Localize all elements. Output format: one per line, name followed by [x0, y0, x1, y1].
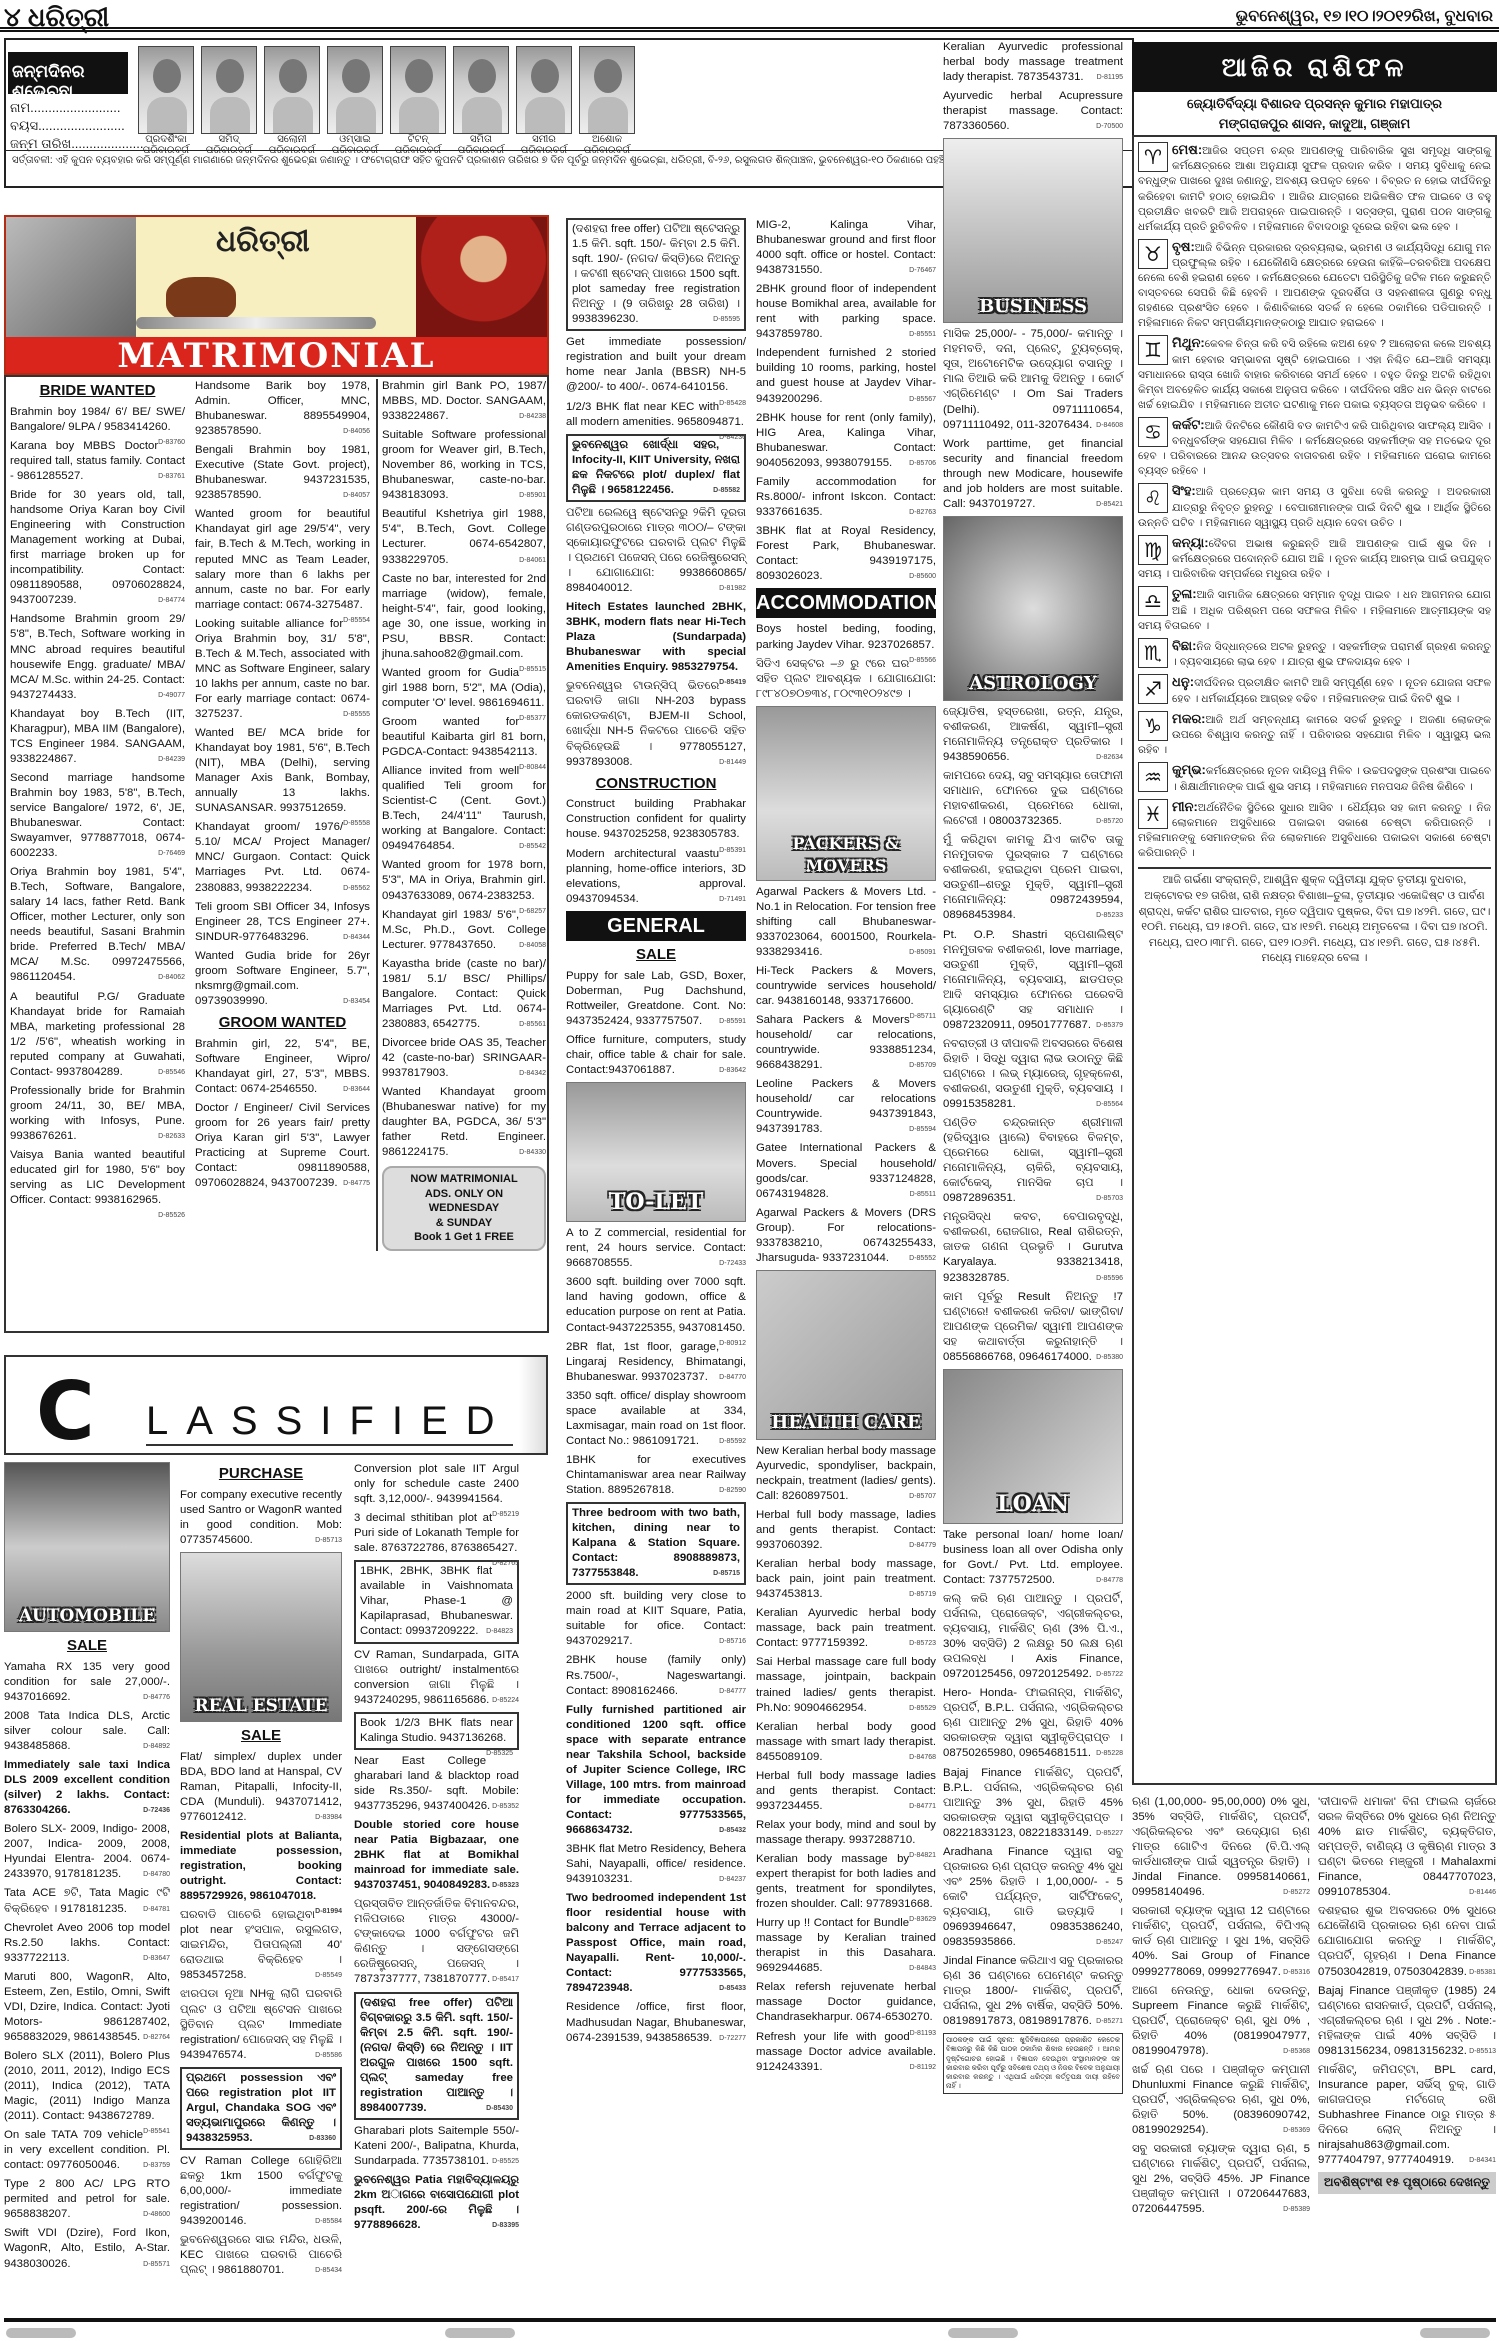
zodiac-sign: ♉ବୃଷ:ଆଜି ବିଭିନ୍ନ ପ୍ରକାରର ଦ୍ରବ୍ୟଲାଭ, ଭ୍ରମ… — [1138, 238, 1491, 332]
ad-text: Residential plots at Balianta, immediate… — [180, 1830, 342, 1902]
ad-text: A beautiful P.G/ Graduate Khandayat brid… — [10, 991, 185, 1078]
offer-line: & SUNDAY — [388, 1216, 540, 1231]
business-label: BUSINESS — [944, 295, 1122, 319]
zodiac-name: ବୃଷ: — [1172, 239, 1195, 254]
classified-ad: Khandayat groom/ 1976/ 5.10/ MCA/ Projec… — [195, 820, 370, 895]
ad-list: (ଦଶହରା free offer) ପଟିଆ ଷ୍ଟେସନ୍‌ରୁ 1.5 କ… — [566, 218, 746, 770]
ad-code: D-85567 — [909, 395, 936, 404]
classified-ad: Type 2 800 AC/ LPG RTO permited and petr… — [4, 2177, 170, 2222]
ad-code: D-84770 — [719, 1373, 746, 1382]
classified-ad: Alliance invited from well qualified Tel… — [382, 764, 546, 854]
zodiac-icon: ♎ — [1138, 586, 1168, 616]
classified-ad: Brahmin girl, 22, 5'4", BE, Software Eng… — [195, 1037, 370, 1097]
zodiac-name: କର୍କଟ: — [1172, 417, 1205, 432]
classified-ad: Professionally bride for Brahmin groom 2… — [10, 1084, 185, 1144]
classified-ad: Sai Herbal massage care full body massag… — [756, 1655, 936, 1715]
ad-code: D-85546 — [158, 1068, 185, 1077]
ad-code: D-85515 — [519, 665, 546, 674]
birthday-kid: ଓମ୍‌ସାଇପରିବାରବର୍ଗ — [327, 46, 383, 156]
ad-code: D-85352 — [492, 1802, 519, 1811]
ad-code: D-84236 — [719, 433, 746, 442]
automobile-label: AUTOMOBILE — [5, 1605, 169, 1627]
paper-name: ଧରିତ୍ରୀ — [28, 2, 109, 32]
ad-code: D-85525 — [492, 2157, 519, 2166]
classified-ad: ଭୁବନେଶ୍ୱର ଖୋର୍ଦ୍ଧା ସହର, Infocity-II, KII… — [566, 434, 746, 502]
zodiac-icon: ♐ — [1138, 674, 1168, 704]
ad-code: D-84823 — [486, 1627, 513, 1636]
ad-code: D-85381 — [1469, 1968, 1496, 1977]
birthday-kid: ପ୍ରଦର୍ଶିଂକାପରିବାରବର୍ଗ — [138, 46, 194, 156]
ad-code: D-84238 — [519, 412, 546, 421]
classified-ad: Independent furnished 2 storied building… — [756, 346, 936, 406]
healthcare-label: HEALTH CARE — [757, 1411, 935, 1435]
ad-code: D-85591 — [719, 1017, 746, 1026]
ad-text: Caste no bar, interested for 2nd marriag… — [382, 573, 546, 660]
purchase-column: PURCHASE For company executive recently … — [180, 1462, 342, 2282]
ad-code: D-85719 — [909, 1590, 936, 1599]
kid-photo — [138, 46, 194, 134]
classified-banner: C LASSIFIED — [4, 1355, 548, 1455]
ad-code: D-85594 — [909, 1125, 936, 1134]
zodiac-sign: ♋କର୍କଟ:ଆଜି ଦିନଟିରେ କୌଣସି ବଡ କାମଟିଏ କରି ପ… — [1138, 416, 1491, 480]
ad-code: D-84056 — [343, 427, 370, 436]
ad-code: D-84608 — [1096, 421, 1123, 430]
ad-code: D-85369 — [1283, 2126, 1310, 2135]
name-field: ନାମ......................... — [10, 100, 120, 116]
classified-ad: Refresh your life with good massage Doct… — [756, 2030, 936, 2075]
classified-ad: Divorcee bride OAS 35, Teacher 42 (caste… — [382, 1036, 546, 1081]
loan-image: LOAN — [943, 1369, 1123, 1524]
classified-ad: Oriya Brahmin boy 1981, 5'4", B.Tech, So… — [10, 865, 185, 985]
ad-code: D-83642 — [719, 1066, 746, 1075]
classified-ad: ମାର୍କଶିଟ୍, ଜମିପଟ୍ଟା, BPL card, Insurance… — [1318, 2063, 1496, 2168]
classified-ad: Kayastha bride (caste no bar)/ 1981/ 5.1… — [382, 957, 546, 1032]
kid-name: ଅଶୋକ — [579, 134, 635, 145]
classified-ad: New Keralian herbal body massage Ayurved… — [756, 1444, 936, 1504]
ad-code: D-85247 — [1096, 1938, 1123, 1947]
classified-ad: Sahara Packers & Movers household/ car r… — [756, 1013, 936, 1073]
classified-ad: ସରକାରୀ ବ୍ୟାଙ୍କ ଦ୍ୱାରା 12 ଘଣ୍ଟାରେ ମାର୍କଶି… — [1132, 1904, 1310, 1979]
ad-text: Bolero SLX (2011), Bolero Plus (2010, 20… — [4, 2050, 170, 2122]
classified-ad: Keralian herbal body good massage with s… — [756, 1720, 936, 1765]
ad-text: Fully furnished partitioned air conditio… — [566, 1704, 746, 1836]
ad-list: Puppy for sale Lab, GSD, Boxer, Doberman… — [566, 969, 746, 1078]
ad-code: D-84057 — [343, 491, 370, 500]
matrimonial-title: MATRIMONIAL — [6, 337, 547, 375]
zodiac-text: ଆଜିର ସପ୍ତମ ଚନ୍ଦ୍ର ଆପଣଙ୍କୁ ପାରିବାରିକ ସୁଖ … — [1138, 145, 1491, 233]
ad-code: D-84237 — [719, 1875, 746, 1884]
ad-code: D-85901 — [519, 491, 546, 500]
classified-initial: C — [36, 1365, 95, 1458]
ad-code: D-85555 — [343, 710, 370, 719]
ad-code: D-70500 — [1096, 122, 1123, 131]
ad-code: D-68257 — [519, 907, 546, 916]
ad-text: Get immediate possession/ registration a… — [566, 336, 746, 393]
classified-ad: Get immediate possession/ registration a… — [566, 335, 746, 395]
ad-code: D-81994 — [315, 1907, 342, 1916]
kid-photo — [390, 46, 446, 134]
rent-column: MIG-2, Kalinga Vihar, Bhubaneswar ground… — [756, 218, 936, 2079]
ad-code: D-85224 — [492, 1696, 519, 1705]
offer-line: WEDNESDAY — [388, 1201, 540, 1216]
ad-code: D-82634 — [1096, 753, 1123, 762]
classified-ad: Wanted Khandayat groom (Bhubaneswar nati… — [382, 1085, 546, 1160]
ad-code: D-82765 — [492, 1559, 519, 1568]
classified-ad: Two bedroomed independent 1st floor resi… — [566, 1891, 746, 1996]
zodiac-icon: ♈ — [1138, 142, 1168, 172]
classified-ad: 2BHK house (family only) Rs.7500/-, Nage… — [566, 1653, 746, 1698]
ad-code: D-84341 — [1469, 2156, 1496, 2165]
classified-ad: କାମ ପୂର୍ବରୁ Result ନିଅନ୍ତୁ !7 ଘଣ୍ଟାରେ! ବ… — [943, 1290, 1123, 1365]
classified-ad: Modern architectural vaastu planning, ho… — [566, 847, 746, 907]
ad-code: D-85586 — [315, 2051, 342, 2060]
classified-ad: Relax your body, mind and soul by massag… — [756, 1818, 936, 1848]
birthday-kid: ଟିଟନ୍ପରିବାରବର୍ଗ — [390, 46, 446, 156]
classified-ad: Keralian Ayurvedic herbal body massage, … — [756, 1606, 936, 1651]
classified-ad: Agarwal Packers & Movers (DRS Group). Fo… — [756, 1206, 936, 1266]
classified-ad: 3BHK flat at Royal Residency, Forest Par… — [756, 524, 936, 584]
classified-ad: Doctor / Engineer/ Civil Services groom … — [195, 1101, 370, 1191]
classified-ad: Swift VDI (Dzire), Ford Ikon, WagonR, Al… — [4, 2226, 170, 2271]
classified-ad: ମୁଁ କରିଥିବା କାମକୁ ଯିଏ କାଟିବ ତାକୁ ମନମୁତାବ… — [943, 833, 1123, 923]
classified-ad: ଋଣ (1,00,000- 95,00,000) 0% ସୁଧ, 35% ସବ୍… — [1132, 1795, 1310, 1900]
ad-code: D-72433 — [719, 1259, 746, 1268]
zodiac-name: ମୀନ: — [1172, 799, 1198, 814]
business-column: Keralian Ayurvedic professional herbal b… — [943, 40, 1123, 2094]
ad-code: D-84058 — [519, 941, 546, 950]
classified-ad: Construct building Prabhakar Constructio… — [566, 797, 746, 842]
ad-text: Alliance invited from well qualified Tel… — [382, 765, 546, 852]
ad-text: ପଟିଆ ରେଲୱେ ଷ୍ଟେସନରୁ ୨କିମି ଦୂରତା ଗଣ୍ଡରପୁର… — [566, 507, 746, 594]
ad-code: D-85584 — [315, 2217, 342, 2226]
kid-photo — [201, 46, 257, 134]
astrology-image: ASTROLOGY — [943, 516, 1123, 701]
general-heading: GENERAL — [566, 911, 746, 941]
zodiac-name: ମେଷ: — [1172, 142, 1202, 157]
classified-ad: (ଦଶହରା free offer) ପଟିଆ ବିଗ୍‌ବଜାରରୁ 3.5 … — [354, 1992, 519, 2120]
zodiac-text: ଆଜି ବିଭିନ୍ନ ପ୍ରକାରର ଦ୍ରବ୍ୟଲାଭ, ଭ୍ରମଣ ଓ କ… — [1138, 242, 1491, 330]
ad-list: Yamaha RX 135 very good condition for sa… — [4, 1660, 170, 2272]
zodiac-sign: ♓ମୀନ:ଅର୍ଥନୈତିକ ସ୍ଥିତିରେ ସୁଧାର ଆସିବ । ଧୈର… — [1138, 798, 1491, 862]
loan-col-right: 'ଦୀପାବଳି ଧମାକା' ବିନା ଫାଇଲ ଚାର୍ଜରେ ସରଳ କି… — [1318, 1795, 1496, 2194]
classified-ad: Yamaha RX 135 very good condition for sa… — [4, 1660, 170, 1705]
ad-code: D-81192 — [910, 2063, 936, 2072]
dharitri-logo: ଧରିତ୍ରୀ — [216, 225, 310, 259]
zodiac-icon: ♓ — [1138, 799, 1168, 829]
ad-list: New Keralian herbal body massage Ayurved… — [756, 1444, 936, 2075]
ad-code: D-84892 — [143, 1742, 170, 1751]
ad-code: D-85511 — [910, 1190, 936, 1199]
ad-list: Take personal loan/ home loan/ business … — [943, 1528, 1123, 2030]
classified-ad: 1BHK for executives Chintamaniswar area … — [566, 1453, 746, 1498]
ad-text: ଋଣ (1,00,000- 95,00,000) 0% ସୁଧ, 35% ସବ୍… — [1132, 1796, 1310, 1898]
matrimonial-col-3: Brahmin girl Bank PO, 1987/ MBBS, MD. Do… — [376, 379, 546, 1251]
healthcare-image: HEALTH CARE — [756, 1270, 936, 1440]
classified-ad: Hurry up !! Contact for Bundle massage b… — [756, 1916, 936, 1976]
matrimonial-section: BRIDE WANTED Brahmin boy 1984/ 6'/ BE/ S… — [4, 375, 549, 1333]
ad-code: D-83454 — [343, 997, 370, 1006]
classified-ad: Relax refersh rejuvenate herbal massage … — [756, 1980, 936, 2025]
astrologer-credit: ଜ୍ୟୋତିର୍ବିଦ୍ୟା ବିଶାରଦ ପ୍ରସନ୍ନ କୁମାର ମହାପ… — [1132, 94, 1497, 133]
ad-text: ପଣ୍ଡିତ ଚନ୍ଦ୍ରକାନ୍ତ ଶ୍ରୀମାଳୀ (ହରିଦ୍ୱାର ୱା… — [943, 1117, 1123, 1204]
tolet-label: TO-LET — [567, 1188, 745, 1217]
ad-list: Construct building Prabhakar Constructio… — [566, 797, 746, 906]
kid-name: ଟିଟନ୍ — [390, 134, 446, 145]
ad-code: D-82633 — [158, 1132, 185, 1141]
classified-ad: Wanted groom for beautiful Khandayat gir… — [195, 507, 370, 612]
re-sale-heading: SALE — [180, 1726, 342, 1746]
ad-code: D-85592 — [719, 1437, 746, 1446]
ad-code: D-85542 — [519, 842, 546, 851]
ad-code: D-85703 — [1096, 1194, 1123, 1203]
ad-code: D-84776 — [143, 1693, 170, 1702]
classified-ad: MIG-2, Kalinga Vihar, Bhubaneswar ground… — [756, 218, 936, 278]
ad-code: D-72436 — [143, 1806, 170, 1815]
classified-ad: Bolero SLX- 2009, Indigo- 2008, 2007, In… — [4, 1822, 170, 1882]
classified-ad: ଦଶହରାର ଶୁଭ ଅବସରରେ 0% ସୁଧରେ ଯେକୌଣସି ପ୍ରକା… — [1318, 1904, 1496, 1979]
ad-code: D-83395 — [492, 2221, 519, 2230]
ad-code: D-85707 — [909, 1492, 936, 1501]
age-field: ବୟସ........................ — [10, 118, 125, 134]
classified-ad: Suitable Software professional groom for… — [382, 428, 546, 503]
classified-ad: ଖର୍ଚ୍ଚ ଋଣ ପରେ । ପଞ୍ଜୀକୃତ କମ୍ପାନୀ Dhunlux… — [1132, 2063, 1310, 2138]
zodiac-name: ସିଂହ: — [1172, 483, 1196, 498]
ad-code: D-84780 — [143, 1870, 170, 1879]
ad-text: Wanted groom for beautiful Khandayat gir… — [195, 508, 370, 610]
ad-text: 3600 sqft. building over 7000 sqft. land… — [566, 1276, 746, 1333]
ad-code: D-85552 — [909, 1254, 936, 1263]
ad-code: D-84777 — [719, 1687, 746, 1696]
classified-ad: Hi-Teck Packers & Movers, countrywide se… — [756, 964, 936, 1009]
ad-text: Wanted groom for 1978 born, 5'3", MA in … — [382, 859, 546, 901]
ad-code: D-85529 — [909, 1704, 936, 1713]
ad-text: Bride for 30 years old, tall, handsome O… — [10, 489, 185, 606]
birthday-kid: ସମିତାପରିବାରବର୍ଗ — [453, 46, 509, 156]
ad-list: ଋଣ (1,00,000- 95,00,000) 0% ସୁଧ, 35% ସବ୍… — [1132, 1795, 1310, 2217]
classified-ad: Ayurvedic herbal Acupressure therapist m… — [943, 89, 1123, 134]
auto-sale-heading: SALE — [4, 1636, 170, 1656]
ad-text: Relax refersh rejuvenate herbal massage … — [756, 1981, 936, 2023]
ad-code: D-83629 — [909, 1915, 936, 1924]
ad-list: MIG-2, Kalinga Vihar, Bhubaneswar ground… — [756, 218, 936, 584]
offer-line: NOW MATRIMONIAL — [388, 1172, 540, 1187]
classified-ad: Bajaj Finance ପଞ୍ଜୀକୃତ (1985) 24 ଘଣ୍ଟାରେ… — [1318, 1984, 1496, 2059]
ad-text: 1/2/3 BHK flat near KEC with all modern … — [566, 401, 744, 428]
classified-ad: Teli groom SBI Officer 34, Infosys Engin… — [195, 900, 370, 945]
classified-ad: ପ୍ରସ୍ତାବିତ ଆନ୍ତର୍ଜାତିକ ବିମାନବନ୍ଦର, ମଳିପଡ… — [354, 1897, 519, 1987]
classified-ad: Jindal Finance କରିଥାଏ ସବୁ ପ୍ରକାରର ଋଣ 36 … — [943, 1954, 1123, 2029]
reader-disclaimer: ପାଠକଙ୍କ ପାଇଁ ସୂଚନା: ଖୁଦିବିଜ୍ଞାପନରେ ପ୍ରକା… — [943, 2033, 1123, 2094]
kid-photo — [453, 46, 509, 134]
packers-label: PACKERS & MOVERS — [757, 833, 935, 875]
zodiac-icon: ♏ — [1138, 638, 1168, 668]
classified-ad: ପ୍ରଥମେ possession ଏବଂ ପରେ registration p… — [180, 2067, 342, 2150]
ad-code: D-85716 — [719, 1637, 746, 1646]
zodiac-text: ନିଜ ସିଦ୍ଧାନ୍ତରେ ଅଟଳ ରୁହନ୍ତୁ । ସହକର୍ମୀଙ୍କ… — [1172, 641, 1491, 668]
ad-text: କଲ୍ କରି ଋଣ ପାଆନ୍ତୁ । ପ୍ରପର୍ଟି, ପର୍ସନାଲ, … — [943, 1593, 1123, 1680]
ad-text: (ଦଶହରା free offer) ପଟିଆ ବିଗ୍‌ବଜାରରୁ 3.5 … — [360, 1997, 513, 2114]
ad-text: Book 1/2/3 BHK flats near Kalinga Studio… — [360, 1717, 513, 1744]
ad-code: D-85596 — [1096, 1274, 1123, 1283]
classified-ad: Looking suitable alliance for Oriya Brah… — [195, 617, 370, 722]
ad-code: D-85368 — [1283, 2047, 1310, 2056]
ad-code: D-85713 — [315, 1536, 342, 1545]
ad-text: Boys hostel beding, fooding, parking Jay… — [756, 623, 936, 650]
ad-code: D-82590 — [719, 1486, 746, 1495]
classified-ad: Hitech Estates launched 2BHK, 3BHK, mode… — [566, 600, 746, 675]
zodiac-sign: ♏ବିଛା:ନିଜ ସିଦ୍ଧାନ୍ତରେ ଅଟଳ ରୁହନ୍ତୁ । ସହକର… — [1138, 637, 1491, 670]
ad-code: D-85421 — [1096, 500, 1123, 509]
ad-code: D-85233 — [1096, 911, 1123, 920]
zodiac-sign: ♌ସିଂହ:ଆଜି ପ୍ରତ୍ୟେକ କାମ ସମୟ ଓ ସୁବିଧା ଦେଖି… — [1138, 482, 1491, 531]
loan-col-left: ଋଣ (1,00,000- 95,00,000) 0% ସୁଧ, 35% ସବ୍… — [1132, 1795, 1310, 2221]
business-image: BUSINESS — [943, 138, 1123, 323]
ad-text: 'ଦୀପାବଳି ଧମାକା' ବିନା ଫାଇଲ ଚାର୍ଜରେ ସରଳ କି… — [1318, 1796, 1496, 1898]
classified-ad: Brahmin boy 1984/ 6'/ BE/ SWE/ Bangalore… — [10, 405, 185, 435]
ad-code: D-85720 — [1096, 817, 1123, 826]
classified-ad: Conversion plot sale IIT Argul only for … — [354, 1462, 519, 1507]
classified-ad: 2BHK ground floor of independent house B… — [756, 282, 936, 342]
wedding-photo — [6, 217, 136, 337]
zodiac-list: ♈ମେଷ:ଆଜିର ସପ୍ତମ ଚନ୍ଦ୍ର ଆପଣଙ୍କୁ ପାରିବାରିକ… — [1138, 141, 1491, 861]
ad-code: D-85566 — [909, 656, 936, 665]
ad-code: D-72277 — [719, 2034, 746, 2043]
ad-text: Hitech Estates launched 2BHK, 3BHK, mode… — [566, 601, 746, 673]
ad-code: D-85723 — [909, 1639, 936, 1648]
bride-wanted-heading: BRIDE WANTED — [10, 381, 185, 401]
classified-ad: 1BHK, 2BHK, 3BHK flat available in Vaish… — [354, 1560, 519, 1643]
classified-ad: Boys hostel beding, fooding, parking Jay… — [756, 622, 936, 652]
ad-text: Keralian body massage by expert therapis… — [756, 1853, 936, 1910]
accommodation-heading: ACCOMMODATION — [756, 588, 936, 618]
classified-ad: ଘରବାଡି ପାଚେରି ହୋଇଥିବା plot near ହଂସପାଳ, … — [180, 1908, 342, 1983]
classified-ad: Immediately sale taxi Indica DLS 2009 ex… — [4, 1758, 170, 1818]
zodiac-sign: ♊ମିଥୁନ:କେବଳ ଚିନ୍ତା କରି ବସି ରହିଲେ କଅଣ ହେବ… — [1138, 334, 1491, 413]
ad-code: D-85711 — [910, 1012, 936, 1021]
matrimonial-col-1: BRIDE WANTED Brahmin boy 1984/ 6'/ BE/ S… — [10, 379, 185, 1220]
classified-ad: A to Z commercial, residential for rent,… — [566, 1226, 746, 1271]
classified-ad: Three bedroom with two bath, kitchen, di… — [566, 1502, 746, 1585]
kid-name: ସମିତା — [453, 134, 509, 145]
ad-code: D-85551 — [909, 330, 936, 339]
zodiac-name: ବିଛା: — [1172, 638, 1196, 653]
bride-photo — [416, 217, 549, 337]
realestate-label: REAL ESTATE — [181, 1695, 341, 1717]
kid-photo — [579, 46, 635, 134]
ad-list: ଜ୍ୟୋତିଷ, ହସ୍ତରେଖା, ରତ୍ନ, ଯନ୍ତ୍ର, ବଶୀକରଣ,… — [943, 705, 1123, 1365]
ad-text: Relax your body, mind and soul by massag… — [756, 1819, 936, 1846]
ad-code: D-85417 — [492, 1975, 519, 1984]
classified-ad: CV Raman, Sundarpada, GITA ପାଖରେ outrigh… — [354, 1648, 519, 1708]
ad-code: D-83984 — [315, 1813, 342, 1822]
ad-text: Pt. O.P. Shastri ସ୍ପେଶାଲିଷ୍ଟ ମନମୁତାବକ ବଶ… — [943, 929, 1123, 1031]
classified-ad: କାମପରେ ଦେୟ, ସବୁ ସମସ୍ୟାର ତୋଫାନୀ ସମାଧାନ, ଫ… — [943, 769, 1123, 829]
classified-ad: 3600 sqft. building over 7000 sqft. land… — [566, 1275, 746, 1335]
classified-ad: Residential plots at Balianta, immediate… — [180, 1829, 342, 1904]
kid-photo — [327, 46, 383, 134]
zodiac-name: ଧନୁ: — [1172, 674, 1194, 689]
classified-ad: Herbal full body massage, ladies and gen… — [756, 1508, 936, 1553]
ad-code: D-81982 — [719, 584, 746, 593]
zodiac-icon: ♍ — [1138, 535, 1168, 565]
birthday-kid: ସମୀରପରିବାରବର୍ଗ — [516, 46, 572, 156]
ad-code: D-80844 — [519, 763, 546, 772]
zodiac-icon: ♒ — [1138, 762, 1168, 792]
classified-ad: ଆଗେ ନେଉନ୍ତୁ, ଧୋକା ଦେଉନ୍ତୁ, Supreem Finan… — [1132, 1984, 1310, 2059]
construction-heading: CONSTRUCTION — [566, 774, 746, 794]
zodiac-icon: ♊ — [1138, 335, 1168, 365]
classified-ad: Hero- Honda- ଫାଇନାନ୍ସ, ମାର୍କଶିଟ୍, ପ୍ରପର୍… — [943, 1686, 1123, 1761]
groom-wanted-heading: GROOM WANTED — [195, 1013, 370, 1033]
classified-ad: 2000 sft. building very close to main ro… — [566, 1589, 746, 1649]
ad-code: D-85380 — [1096, 1353, 1123, 1362]
classified-ad: ସବୁ ସରକାରୀ ବ୍ୟାଙ୍କ ଦ୍ୱାରା ଋଣ, 5 ଘଣ୍ଟାରେ … — [1132, 2142, 1310, 2217]
kid-photo — [264, 46, 320, 134]
classified-ad: Khandayat boy B.Tech (IIT, Kharagpur), M… — [10, 707, 185, 767]
ad-text: Construct building Prabhakar Constructio… — [566, 798, 746, 840]
classified-ad: Residence /office, first floor, Madhusud… — [566, 2000, 746, 2045]
ad-code: D-85526 — [158, 1211, 185, 1220]
classified-ad: Leoline Packers & Movers household/ car … — [756, 1077, 936, 1137]
ad-code: D-71491 — [719, 895, 746, 904]
ad-list: Conversion plot sale IIT Argul only for … — [354, 1462, 519, 2233]
ad-code: D-84768 — [909, 1753, 936, 1762]
ad-text: Oriya Brahmin boy 1981, 5'4", B.Tech, So… — [10, 866, 185, 983]
classified-ad: Wanted Gudia bride for 26yr groom Softwa… — [195, 949, 370, 1009]
ad-code: D-49077 — [158, 691, 185, 700]
ad-code: D-85272 — [1283, 1888, 1310, 1897]
kid-photo — [516, 46, 572, 134]
shehnai-icon — [136, 317, 376, 329]
loan-label: LOAN — [944, 1490, 1122, 1519]
ad-code: D-85561 — [519, 1020, 546, 1029]
realestate-column: (ଦଶହରା free offer) ପଟିଆ ଷ୍ଟେସନ୍‌ରୁ 1.5 କ… — [566, 218, 746, 2050]
automobile-column: AUTOMOBILE SALE Yamaha RX 135 very good … — [4, 1462, 170, 2276]
ad-code: D-84061 — [519, 556, 546, 565]
ad-code: D-85389 — [1283, 2205, 1310, 2214]
classified-ad: ନବରାତ୍ରୀ ଓ ଦୀପାବଳି ଅବସରରେ ବିଶେଷ ରିହାତି ।… — [943, 1037, 1123, 1112]
ad-list: 'ଦୀପାବଳି ଧମାକା' ବିନା ଫାଇଲ ଚାର୍ଜରେ ସରଳ କି… — [1318, 1795, 1496, 2168]
kid-name: ସଲୋନୀ — [264, 134, 320, 145]
ad-code: D-81449 — [719, 758, 746, 767]
zodiac-icon: ♑ — [1138, 711, 1168, 741]
continued-notice: ଅବଶିଷ୍ଟାଂଶ ୧୫ ପୃଷ୍ଠାରେ ଦେଖନ୍ତୁ — [1318, 2172, 1496, 2194]
classified-ad: CV Raman College ଗୋହିରିଆ ଛକରୁ 1km 1500 ବ… — [180, 2154, 342, 2229]
ad-code: D-84239 — [158, 755, 185, 764]
ad-code: D-83360 — [309, 2134, 336, 2143]
ad-code: D-84774 — [158, 596, 185, 605]
classified-ad: 2BR flat, 1st floor, garage, Lingaraj Re… — [566, 1340, 746, 1385]
classified-ad: 3350 sqft. office/ display showroom spac… — [566, 1389, 746, 1449]
classified-ad: Wanted groom for 1978 born, 5'3", MA in … — [382, 858, 546, 903]
masthead: ୪ ଧରିତ୍ରୀ ଭୁବନେଶ୍ୱର, ୧୭।୧୦।୨୦୧୨ରିଖ, ବୁଧବ… — [0, 0, 1499, 32]
ad-text: Second marriage handsome Brahmin boy 198… — [10, 772, 185, 859]
classified-ad: Maruti 800, WagonR, Alto, Esteem, Zen, E… — [4, 1970, 170, 2045]
kid-name: ସମୀର — [516, 134, 572, 145]
classified-ad: Brahmin girl Bank PO, 1987/ MBBS, MD. Do… — [382, 379, 546, 424]
page-tab-mid2 — [948, 2328, 1018, 2338]
classified-ad: Tata ACE ୭ଟି, Tata Magic ୯ଟି ବିକ୍ରିହେବ ।… — [4, 1886, 170, 1916]
ad-text: ସିଡିଏ ସେକ୍ଟର –୬ ରୁ ୯ରେ ଘର ସହିତ ପ୍ଲଟ ଆବଶ୍… — [756, 658, 936, 700]
classified-ad: ପଟିଆ ରେଲୱେ ଷ୍ଟେସନରୁ ୨କିମି ଦୂରତା ଗଣ୍ଡରପୁର… — [566, 506, 746, 596]
zodiac-icon: ♋ — [1138, 417, 1168, 447]
realestate-image: REAL ESTATE — [180, 1552, 342, 1722]
kid-name: ସମିଦ୍ — [201, 134, 257, 145]
classified-ad: ଝାରପଡା ନୂଆ NHକୁ ଲାଗି ଘରବାରି ପ୍ଲଟ ଓ ପଟିଆ … — [180, 1987, 342, 2062]
ad-text: ମୁଁ କରିଥିବା କାମକୁ ଯିଏ କାଟିବ ତାକୁ ମନମୁତାବ… — [943, 834, 1123, 921]
birthday-kid: ଅଶୋକପରିବାରବର୍ଗ — [579, 46, 635, 156]
classified-ad: ମନ୍ତ୍ରସିଦ୍ଧ କବଚ, ବେପାରବୃଦ୍ଧି, ବଶୀକରଣ, ରୋ… — [943, 1210, 1123, 1285]
